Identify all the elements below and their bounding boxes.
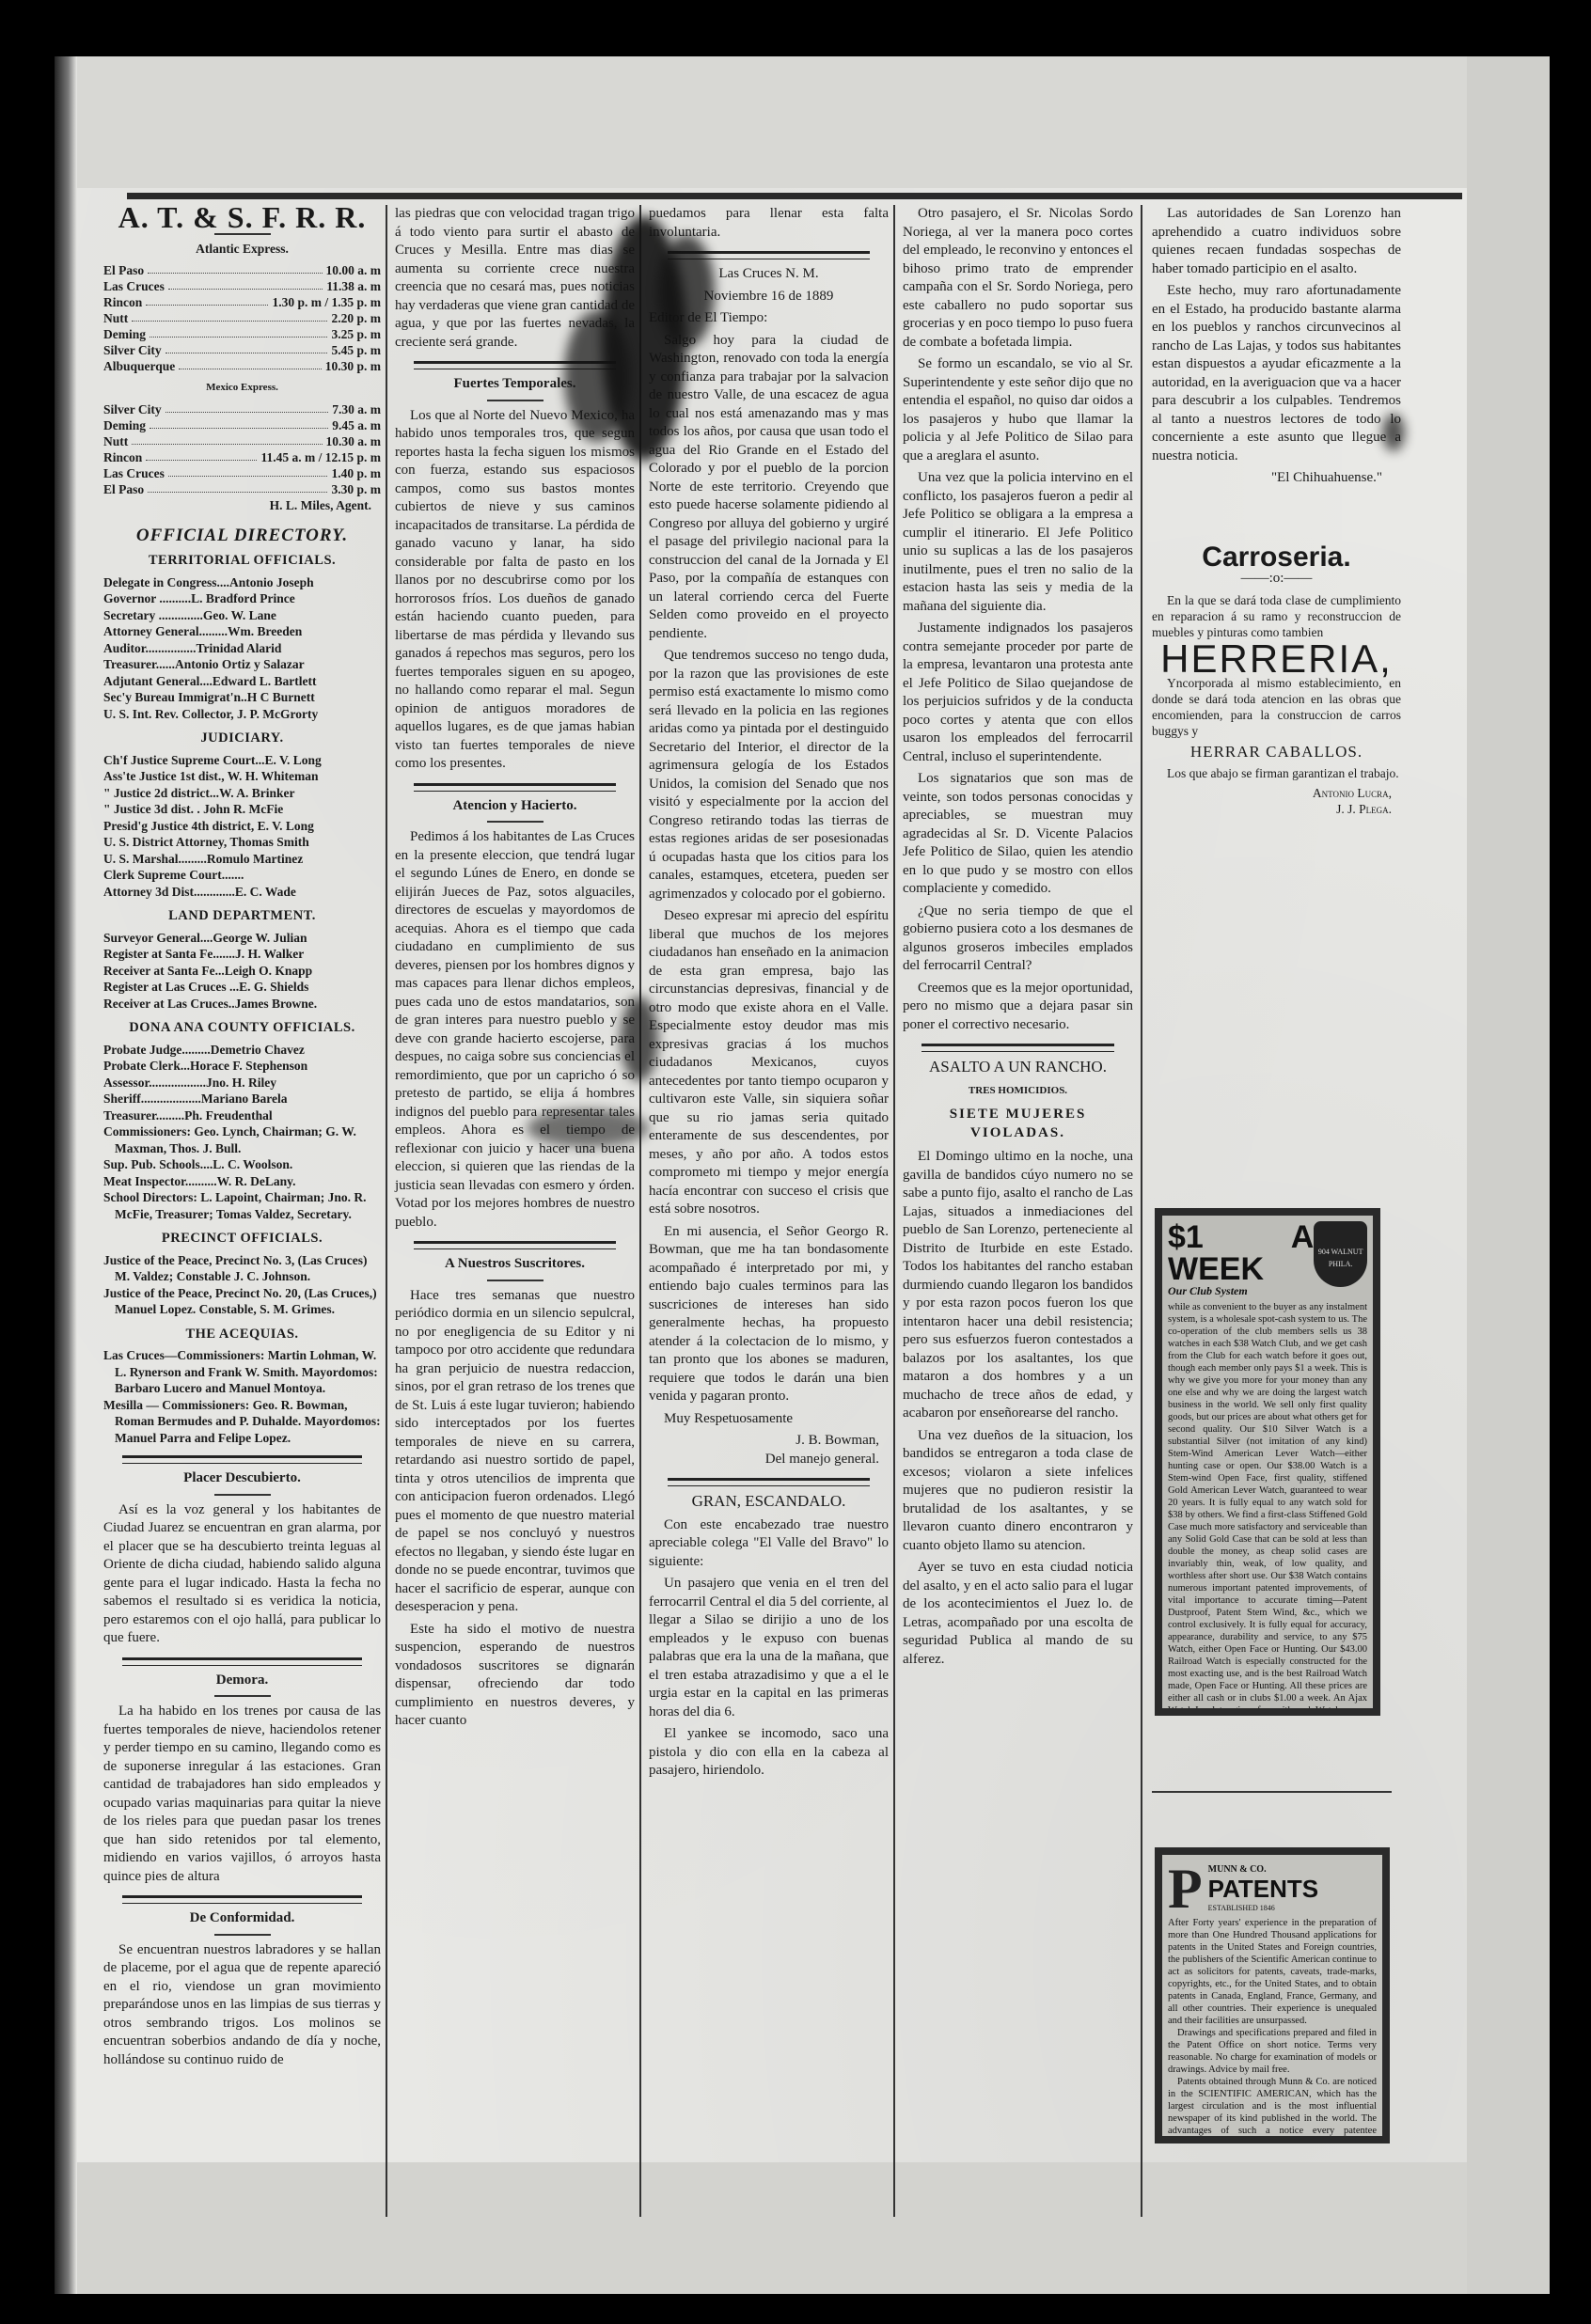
directory-entry: Justice of the Peace, Precinct No. 3, (L…	[103, 1252, 381, 1285]
herrar-caballos: HERRAR CABALLOS.	[1152, 743, 1401, 762]
patents-ad-established: ESTABLISHED 1846	[1208, 1902, 1318, 1914]
escandalo-body-10: Creemos que es la mejor oportunidad, per…	[903, 980, 1133, 1035]
asalto-body-5: Este hecho, muy raro afortunadamente en …	[1152, 282, 1401, 465]
timetable-row: Silver City7.30 a. m	[103, 401, 381, 417]
directory-entry: Register at Las Cruces ...E. G. Shields	[103, 979, 381, 996]
railroad-masthead: A. T. & S. F. R. R.	[103, 209, 381, 228]
column-rule	[893, 205, 895, 2217]
timetable-row: Deming9.45 a. m	[103, 417, 381, 433]
directory-entry: Justice of the Peace, Precinct No. 20, (…	[103, 1285, 381, 1318]
directory-section-title: DONA ANA COUNTY OFFICIALS.	[103, 1019, 381, 1038]
atencion-body: Pedimos á los habitantes de Las Cruces e…	[395, 828, 635, 1232]
carroseria-signer-1: Antonio Lucra,	[1152, 785, 1401, 801]
directory-entry: Governor ..........L. Bradford Prince	[103, 590, 381, 607]
directory-entry: Mesilla — Commissioners: Geo. R. Bowman,…	[103, 1397, 381, 1447]
timetable-row: Las Cruces11.38 a. m	[103, 278, 381, 294]
letter-signer-role: Del manejo general.	[649, 1451, 889, 1469]
watch-ad-sub: Our Club System	[1168, 1285, 1314, 1297]
letter-body-3: Deseo expresar mi aprecio del espíritu l…	[649, 907, 889, 1219]
official-directory: TERRITORIAL OFFICIALS.Delegate in Congre…	[103, 552, 381, 1446]
suscritores-body: Hace tres semanas que nuestro periódico …	[395, 1287, 635, 1617]
timetable-row: Deming3.25 p. m	[103, 326, 381, 342]
directory-title: OFFICIAL DIRECTORY.	[103, 526, 381, 545]
ink-blot	[658, 235, 715, 348]
carroseria-body-3: Los que abajo se firman garantizan el tr…	[1152, 765, 1401, 781]
placer-title: Placer Descubierto.	[103, 1469, 381, 1488]
demora-body: La ha habido en los trenes por causa de …	[103, 1703, 381, 1886]
escandalo-body: Con este encabezado trae nuestro aprecia…	[649, 1516, 889, 1572]
directory-entry: School Directors: L. Lapoint, Chairman; …	[103, 1189, 381, 1222]
directory-entry: Las Cruces—Commissioners: Martin Lohman,…	[103, 1347, 381, 1397]
ink-blot	[564, 310, 630, 442]
directory-entry: Treasurer......Antonio Ortiz y Salazar	[103, 656, 381, 673]
directory-entry: Sheriff...................Mariano Barela	[103, 1091, 381, 1107]
directory-entry: Delegate in Congress....Antonio Joseph	[103, 574, 381, 591]
letter-body-2: Que tendremos succeso no tengo duda, por…	[649, 647, 889, 903]
directory-section-title: TERRITORIAL OFFICIALS.	[103, 552, 381, 571]
directory-entry: Attorney 3d Dist.............E. C. Wade	[103, 884, 381, 901]
ink-blot	[1382, 414, 1405, 451]
directory-entry: Attorney General.........Wm. Breeden	[103, 623, 381, 640]
carroseria-body: En la que se dará toda clase de cumplimi…	[1152, 592, 1401, 640]
timetable-row: Nutt10.30 a. m	[103, 433, 381, 449]
demora-title: Demora.	[103, 1672, 381, 1690]
torn-left-edge	[55, 56, 77, 2294]
timetable-row: El Paso10.00 a. m	[103, 262, 381, 278]
mexico-timetable: Silver City7.30 a. mDeming9.45 a. mNutt1…	[103, 401, 381, 497]
conformidad-title: De Conformidad.	[103, 1909, 381, 1928]
herreria-title: HERRERIA,	[1152, 650, 1401, 668]
timetable-row: Rincon11.45 a. m / 12.15 p. m	[103, 449, 381, 465]
asalto-body: El Domingo ultimo en la noche, una gavil…	[903, 1148, 1133, 1423]
column-rule	[1141, 205, 1142, 2217]
asalto-body-3: Ayer se tuvo en esta ciudad noticia del …	[903, 1559, 1133, 1669]
column-rule	[639, 205, 641, 2217]
directory-section-title: THE ACEQUIAS.	[103, 1326, 381, 1344]
directory-entry: Presid'g Justice 4th district, E. V. Lon…	[103, 818, 381, 835]
escandalo-body-8: Los signatarios que son mas de veinte, s…	[903, 770, 1133, 899]
directory-entry: Commissioners: Geo. Lynch, Chairman; G. …	[103, 1123, 381, 1156]
watch-ad-body: while as convenient to the buyer as any …	[1168, 1301, 1367, 1708]
conformidad-body: Se encuentran nuestros labradores y se h…	[103, 1941, 381, 2070]
asalto-title: ASALTO A UN RANCHO.	[903, 1058, 1133, 1076]
directory-entry: Secretary ..............Geo. W. Lane	[103, 607, 381, 624]
watch-club-ad: $1 A WEEK Our Club System 904 WALNUT PHI…	[1155, 1208, 1380, 1716]
patent-p-logo-icon: P	[1168, 1861, 1203, 1917]
directory-entry: Clerk Supreme Court.......	[103, 867, 381, 884]
scan-margin-bottom	[55, 2162, 1550, 2294]
asalto-body-4: Las autoridades de San Lorenzo han apreh…	[1152, 205, 1401, 278]
patents-ad-body: After Forty years' experience in the pre…	[1168, 1917, 1377, 2027]
atencion-title: Atencion y Hacierto.	[395, 797, 635, 816]
directory-entry: Probate Judge.........Demetrio Chavez	[103, 1042, 381, 1059]
directory-entry: Meat Inspector..........W. R. DeLany.	[103, 1173, 381, 1190]
ink-blot	[527, 1109, 649, 1147]
letter-closing: Muy Respetuosamente	[649, 1410, 889, 1429]
directory-entry: Sup. Pub. Schools....L. C. Woolson.	[103, 1156, 381, 1173]
escandalo-body-6: Una vez que la policia intervino en el c…	[903, 469, 1133, 616]
atlantic-timetable: El Paso10.00 a. mLas Cruces11.38 a. mRin…	[103, 262, 381, 374]
asalto-body-2: Una vez dueños de la situacion, los band…	[903, 1427, 1133, 1556]
carroseria-signer-2: J. J. Plega.	[1152, 801, 1401, 817]
directory-entry: Surveyor General....George W. Julian	[103, 930, 381, 947]
letter-signer: J. B. Bowman,	[649, 1432, 889, 1451]
directory-entry: Treasurer.........Ph. Freudenthal	[103, 1107, 381, 1124]
mexico-express-title: Mexico Express.	[103, 380, 381, 396]
watch-ad-headline: $1 A WEEK	[1168, 1221, 1314, 1285]
column-4: Otro pasajero, el Sr. Nicolas Sordo Nori…	[903, 205, 1133, 1672]
column-1: A. T. & S. F. R. R. Atlantic Express. El…	[103, 205, 381, 2073]
directory-entry: Ch'f Justice Supreme Court...E. V. Long	[103, 752, 381, 769]
asalto-subtitle-1: TRES HOMICIDIOS.	[903, 1082, 1133, 1101]
escandalo-title: GRAN, ESCANDALO.	[649, 1492, 889, 1511]
escandalo-body-5: Se formo un escandalo, se vio al Sr. Sup…	[903, 355, 1133, 465]
letter-body: Salgo hoy para la ciudad de Washington, …	[649, 332, 889, 644]
directory-entry: Ass'te Justice 1st dist., W. H. Whiteman	[103, 768, 381, 785]
directory-entry: U. S. Marshal.........Romulo Martinez	[103, 851, 381, 868]
escandalo-body-2: Un pasajero que venia en el tren del fer…	[649, 1575, 889, 1721]
escandalo-body-4: Otro pasajero, el Sr. Nicolas Sordo Nori…	[903, 205, 1133, 352]
ink-blot	[621, 997, 658, 1081]
directory-entry: " Justice 3d dist. . John R. McFie	[103, 801, 381, 818]
directory-entry: U. S. District Attorney, Thomas Smith	[103, 834, 381, 851]
top-rule	[127, 193, 1462, 199]
temporales-body: Los que al Norte del Nuevo Mexico, ha ha…	[395, 407, 635, 774]
directory-section-title: LAND DEPARTMENT.	[103, 907, 381, 926]
directory-entry: Sec'y Bureau Immigrat'n..H C Burnett	[103, 689, 381, 706]
directory-entry: U. S. Int. Rev. Collector, J. P. McGrort…	[103, 706, 381, 723]
directory-entry: Auditor................Trinidad Alarid	[103, 640, 381, 657]
timetable-row: Las Cruces1.40 p. m	[103, 465, 381, 481]
carroseria-body-2: Yncorporada al mismo establecimiento, en…	[1152, 675, 1401, 739]
asalto-subtitle-2: SIETE MUJERES VIOLADAS.	[903, 1106, 1133, 1142]
directory-entry: Receiver at Las Cruces..James Browne.	[103, 996, 381, 1013]
suscritores-body-2: Este ha sido el motivo de nuestra suspen…	[395, 1621, 635, 1731]
atlantic-express-title: Atlantic Express.	[103, 241, 381, 257]
column-rule	[386, 205, 387, 2217]
suscritores-title: A Nuestros Suscritores.	[395, 1255, 635, 1274]
directory-entry: Receiver at Santa Fe...Leigh O. Knapp	[103, 963, 381, 980]
patents-ad-body-2: Drawings and specifications prepared and…	[1168, 2027, 1377, 2076]
escandalo-body-9: ¿Que no seria tiempo de que el gobierno …	[903, 903, 1133, 976]
directory-entry: " Justice 2d district...W. A. Brinker	[103, 785, 381, 802]
escandalo-body-3: El yankee se incomodo, saco una pistola …	[649, 1725, 889, 1781]
directory-section-title: JUDICIARY.	[103, 730, 381, 748]
escandalo-body-7: Justamente indignados los pasajeros cont…	[903, 620, 1133, 766]
patents-ad: P MUNN & CO. PATENTS ESTABLISHED 1846 Af…	[1155, 1847, 1390, 2143]
patents-ad-body-3: Patents obtained through Munn & Co. are …	[1168, 2076, 1377, 2136]
directory-entry: Register at Santa Fe.......J. H. Walker	[103, 946, 381, 963]
directory-section-title: PRECINCT OFFICIALS.	[103, 1230, 381, 1248]
carroseria-divider: ——:o:——	[1152, 570, 1401, 589]
column-5: Las autoridades de San Lorenzo han apreh…	[1152, 205, 1401, 817]
ad-divider	[1152, 1791, 1392, 1793]
patents-ad-title: PATENTS	[1208, 1876, 1318, 1902]
timetable-row: Silver City5.45 p. m	[103, 342, 381, 358]
directory-entry: Assessor..................Jno. H. Riley	[103, 1075, 381, 1091]
directory-entry: Adjutant General....Edward L. Bartlett	[103, 673, 381, 690]
column-3: puedamos para llenar esta falta involunt…	[649, 205, 889, 1784]
timetable-row: El Paso3.30 p. m	[103, 481, 381, 497]
carroseria-title: Carroseria.	[1152, 548, 1401, 567]
placer-body: Así es la voz general y los habitantes d…	[103, 1501, 381, 1648]
asalto-source: "El Chihuahuense."	[1152, 469, 1401, 488]
timetable-row: Rincon1.30 p. m / 1.35 p. m	[103, 294, 381, 310]
timetable-row: Albuquerque10.30 p. m	[103, 358, 381, 374]
timetable-row: Nutt2.20 p. m	[103, 310, 381, 326]
directory-entry: Probate Clerk...Horace F. Stephenson	[103, 1058, 381, 1075]
keystone-watch-emblem-icon: 904 WALNUT PHILA.	[1314, 1221, 1367, 1287]
scan-margin-top	[55, 56, 1550, 188]
agent: H. L. Miles, Agent.	[103, 497, 381, 513]
scan-margin-right	[1467, 56, 1550, 2294]
letter-body-4: En mi ausencia, el Señor Georgo R. Bowma…	[649, 1223, 889, 1406]
